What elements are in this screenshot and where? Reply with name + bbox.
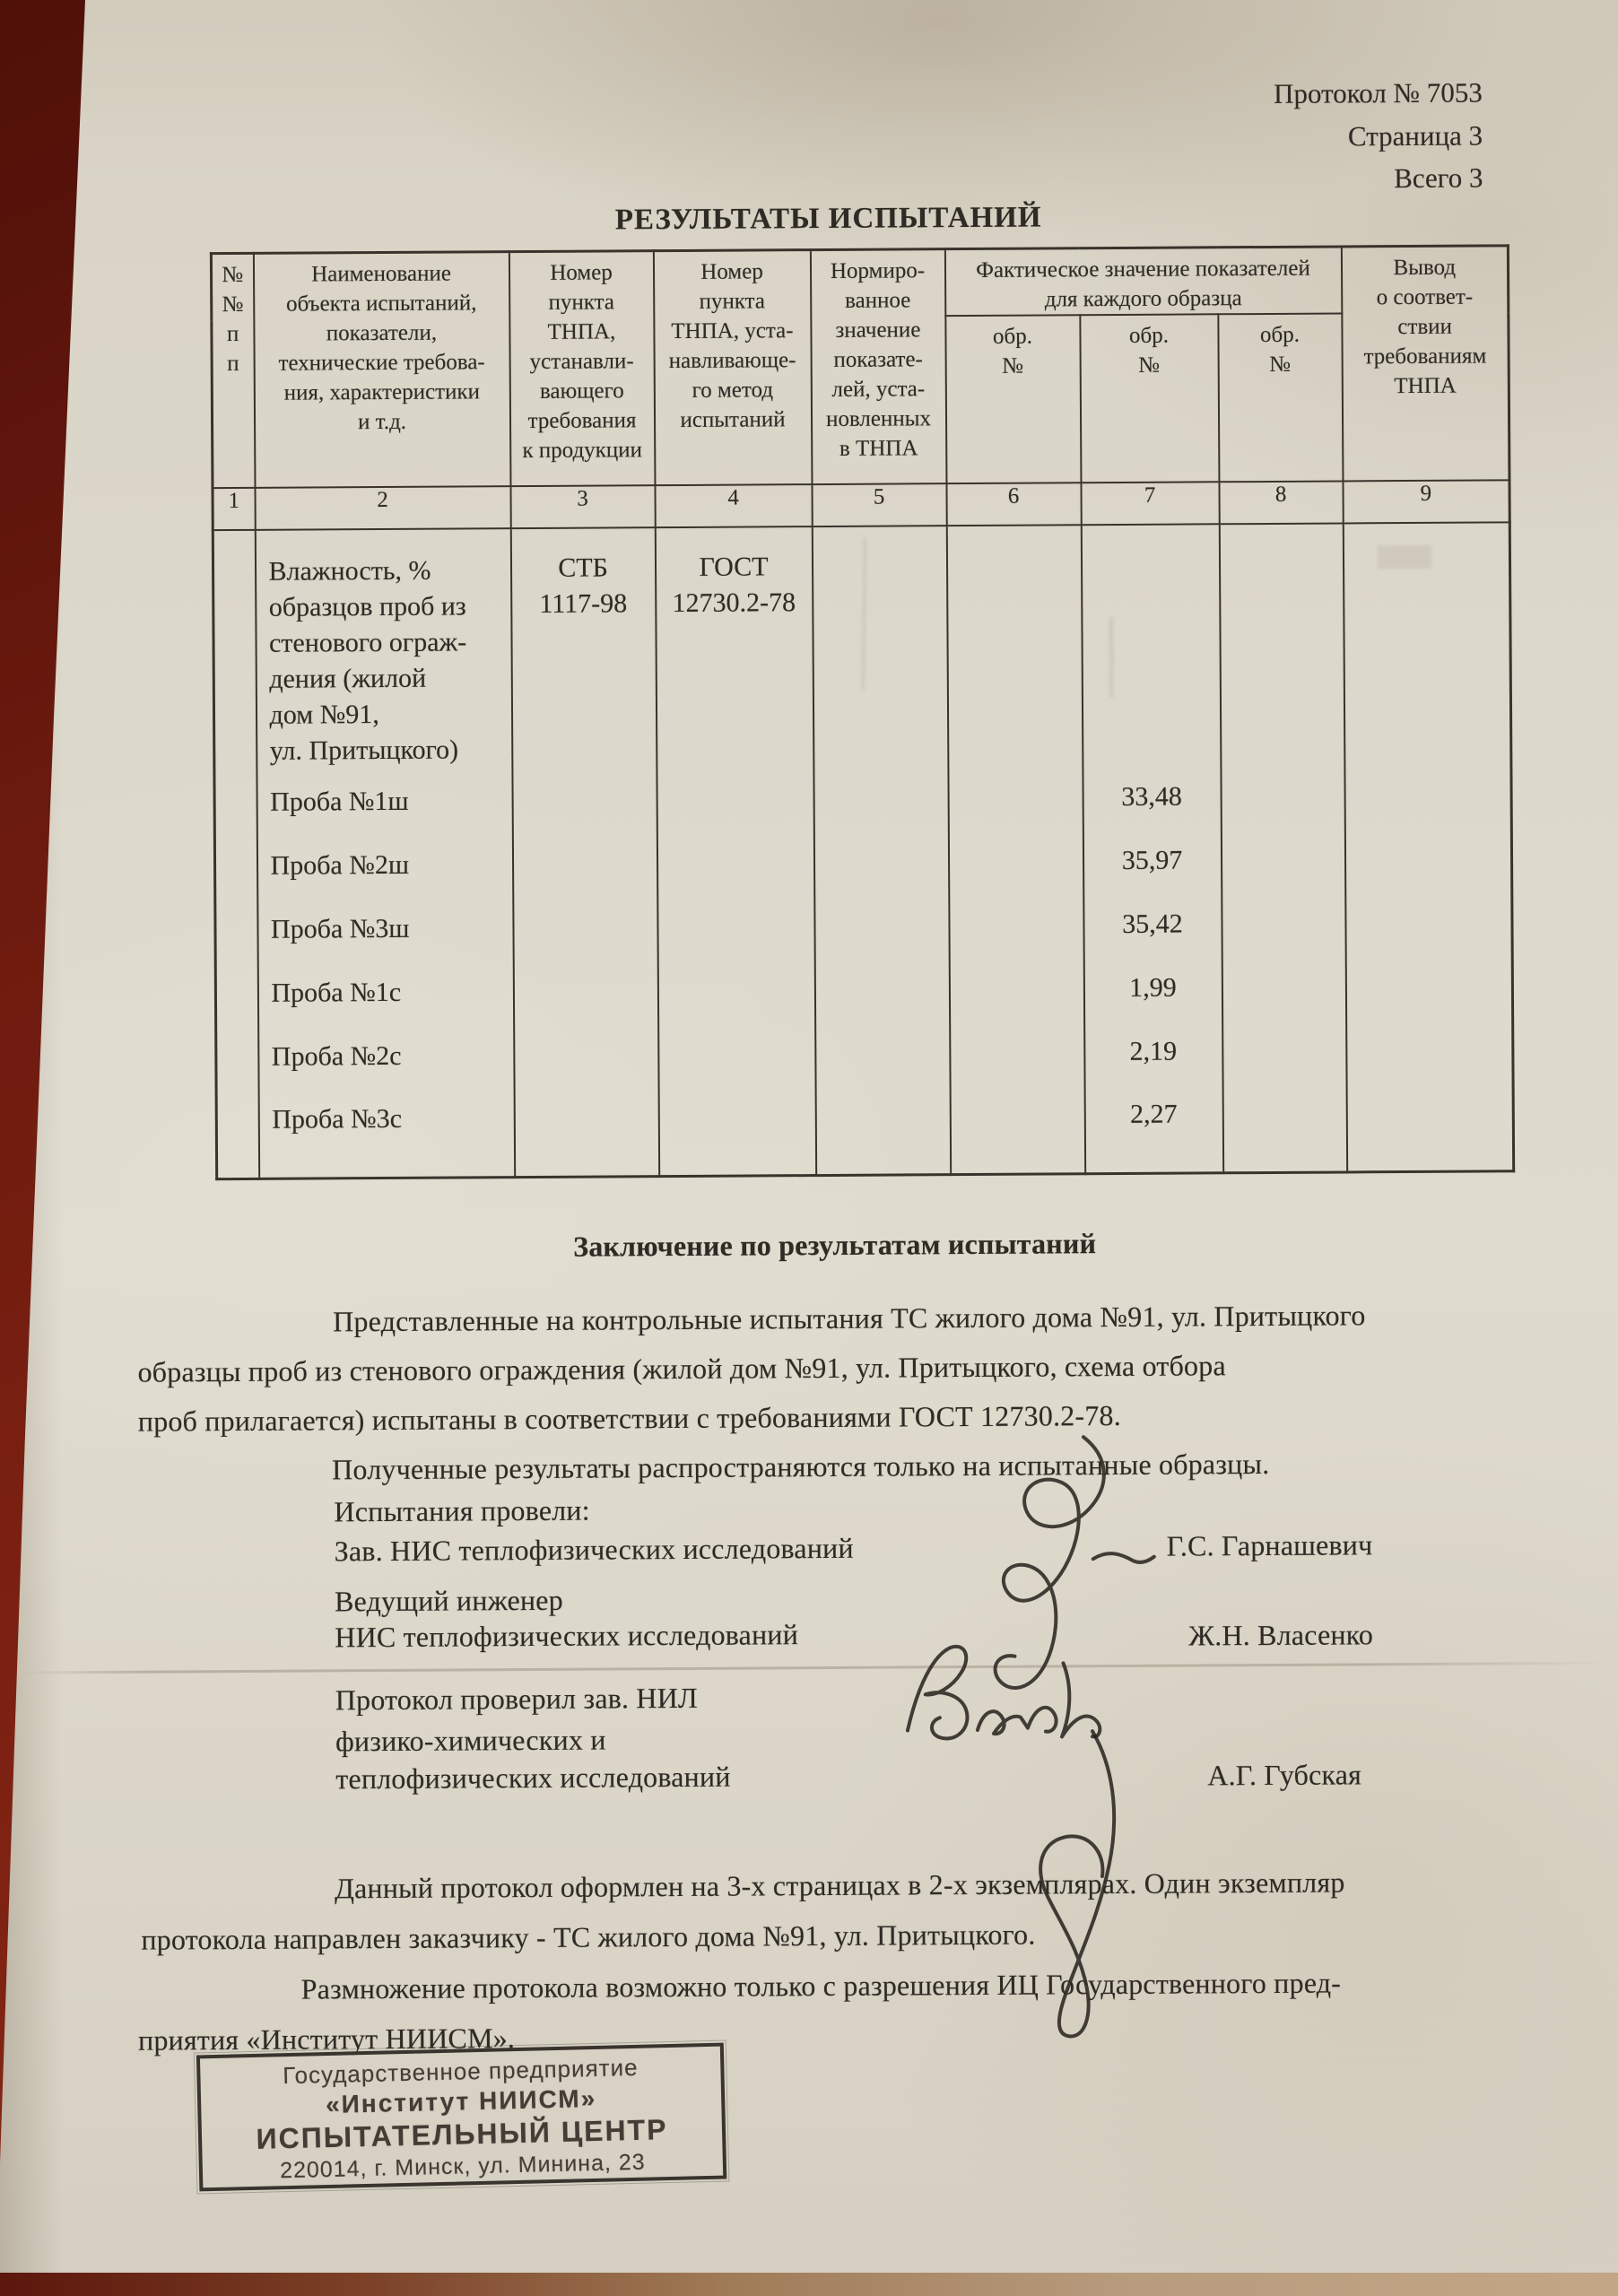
sample-value-5: 2,19 bbox=[1085, 1036, 1222, 1067]
sample-value-6: 2,27 bbox=[1085, 1099, 1222, 1130]
column-number-1: 1 bbox=[213, 488, 255, 530]
sample-label-1: Проба №1ш bbox=[270, 787, 409, 818]
bleed-through-mark bbox=[1109, 617, 1114, 698]
object-name-text: Влажность, % образцов проб из стенового … bbox=[268, 552, 467, 769]
col-header-number: № № п п bbox=[211, 253, 255, 488]
page-number: Страница 3 bbox=[1160, 120, 1483, 154]
column-number-8: 8 bbox=[1219, 481, 1343, 524]
cell-sample-3-values bbox=[1219, 523, 1346, 1172]
bleed-through-mark bbox=[1378, 545, 1431, 569]
signers-intro: Испытания провели: bbox=[334, 1492, 590, 1530]
sample-value-4: 1,99 bbox=[1084, 972, 1221, 1004]
cell-sample-1-values bbox=[946, 525, 1084, 1174]
signer-3-name: А.Г. Губская bbox=[1207, 1756, 1361, 1793]
column-number-2: 2 bbox=[255, 486, 510, 530]
column-number-5: 5 bbox=[812, 483, 946, 526]
column-number-7: 7 bbox=[1081, 482, 1219, 525]
cell-tnpa-product: СТБ 1117-98 bbox=[510, 527, 658, 1177]
conclusion-line-1: Представленные на контрольные испытания … bbox=[333, 1297, 1366, 1339]
cell-object-name: Влажность, % образцов проб из стенового … bbox=[255, 528, 514, 1178]
organization-stamp: Государственное предприятие «Институт НИ… bbox=[196, 2043, 726, 2192]
conclusion-heading: Заключение по результатам испытаний bbox=[162, 1222, 1508, 1266]
col-header-normed-value: Нормиро- ванное значение показате- лей, … bbox=[810, 249, 946, 484]
protocol-number: Протокол № 7053 bbox=[1160, 77, 1483, 111]
signer-1-role: Зав. НИС теплофизических исследований bbox=[335, 1530, 854, 1570]
col-header-tnpa-product: Номер пункта ТНПА, устанавли- вающего тр… bbox=[509, 251, 655, 486]
results-table: № № п п Наименование объекта испытаний, … bbox=[210, 244, 1515, 1179]
cell-tnpa-method: ГОСТ 12730.2-78 bbox=[655, 526, 815, 1176]
cell-sample-2-values: 33,48 35,97 35,42 1,99 2,19 2,27 bbox=[1081, 524, 1222, 1173]
col-header-conclusion: Вывод о соответ- ствии требованиям ТНПА bbox=[1341, 246, 1509, 482]
col-header-object-name: Наименование объекта испытаний, показате… bbox=[253, 252, 510, 488]
results-title: РЕЗУЛЬТАТЫ ИСПЫТАНИЙ bbox=[156, 198, 1501, 239]
sample-label-4: Проба №1с bbox=[271, 978, 401, 1009]
column-number-9: 9 bbox=[1343, 480, 1509, 523]
signer-1-name: Г.С. Гарнашевич bbox=[1167, 1526, 1373, 1563]
tnpa-method-text: ГОСТ 12730.2-78 bbox=[656, 549, 811, 622]
column-number-4: 4 bbox=[655, 484, 812, 527]
signer-3-role-line-3: теплофизических исследований bbox=[335, 1759, 731, 1797]
signer-2-role-line-1: Ведущий инженер bbox=[335, 1582, 563, 1620]
document-content: Протокол № 7053 Страница 3 Всего 3 РЕЗУЛ… bbox=[0, 0, 1618, 2296]
paper-crease bbox=[22, 1662, 1609, 1674]
signer-2-role-line-2: НИС теплофизических исследований bbox=[335, 1616, 798, 1655]
signer-3-role-line-1: Протокол проверил зав. НИЛ bbox=[335, 1680, 698, 1718]
sample-value-1: 33,48 bbox=[1083, 781, 1220, 813]
footer-line-3: Размножение протокола возможно только с … bbox=[301, 1965, 1342, 2007]
sample-label-5: Проба №2с bbox=[272, 1041, 402, 1073]
col-header-tnpa-method: Номер пункта ТНПА, уста- навливающе- го … bbox=[653, 250, 812, 486]
conclusion-line-2: образцы проб из стенового ограждения (жи… bbox=[137, 1347, 1226, 1389]
col-header-sample-2: обр. № bbox=[1080, 314, 1219, 483]
signer-2-name: Ж.Н. Власенко bbox=[1188, 1616, 1373, 1653]
sample-label-3: Проба №3ш bbox=[271, 914, 410, 945]
cell-conclusion bbox=[1343, 522, 1513, 1171]
col-header-sample-3: обр. № bbox=[1218, 313, 1343, 482]
column-number-6: 6 bbox=[946, 483, 1081, 526]
sample-value-2: 35,97 bbox=[1083, 845, 1220, 876]
tnpa-product-text: СТБ 1117-98 bbox=[511, 550, 654, 622]
footer-line-2: протокола направлен заказчику - ТС жилог… bbox=[141, 1917, 1035, 1958]
signer-3-role-line-2: физико-химических и bbox=[335, 1722, 606, 1760]
cell-row-number bbox=[213, 530, 258, 1178]
total-pages: Всего 3 bbox=[1160, 162, 1483, 196]
column-number-3: 3 bbox=[510, 485, 655, 528]
sample-label-6: Проба №3с bbox=[272, 1104, 402, 1135]
col-header-sample-1: обр. № bbox=[945, 315, 1081, 483]
footer-line-1: Данный протокол оформлен на 3-х страница… bbox=[335, 1864, 1345, 1906]
sample-value-3: 35,42 bbox=[1084, 909, 1221, 940]
col-header-actual-values-group: Фактическое значение показателей для каж… bbox=[944, 247, 1341, 316]
cell-normed-value bbox=[812, 526, 950, 1175]
sample-label-2: Проба №2ш bbox=[270, 850, 409, 882]
